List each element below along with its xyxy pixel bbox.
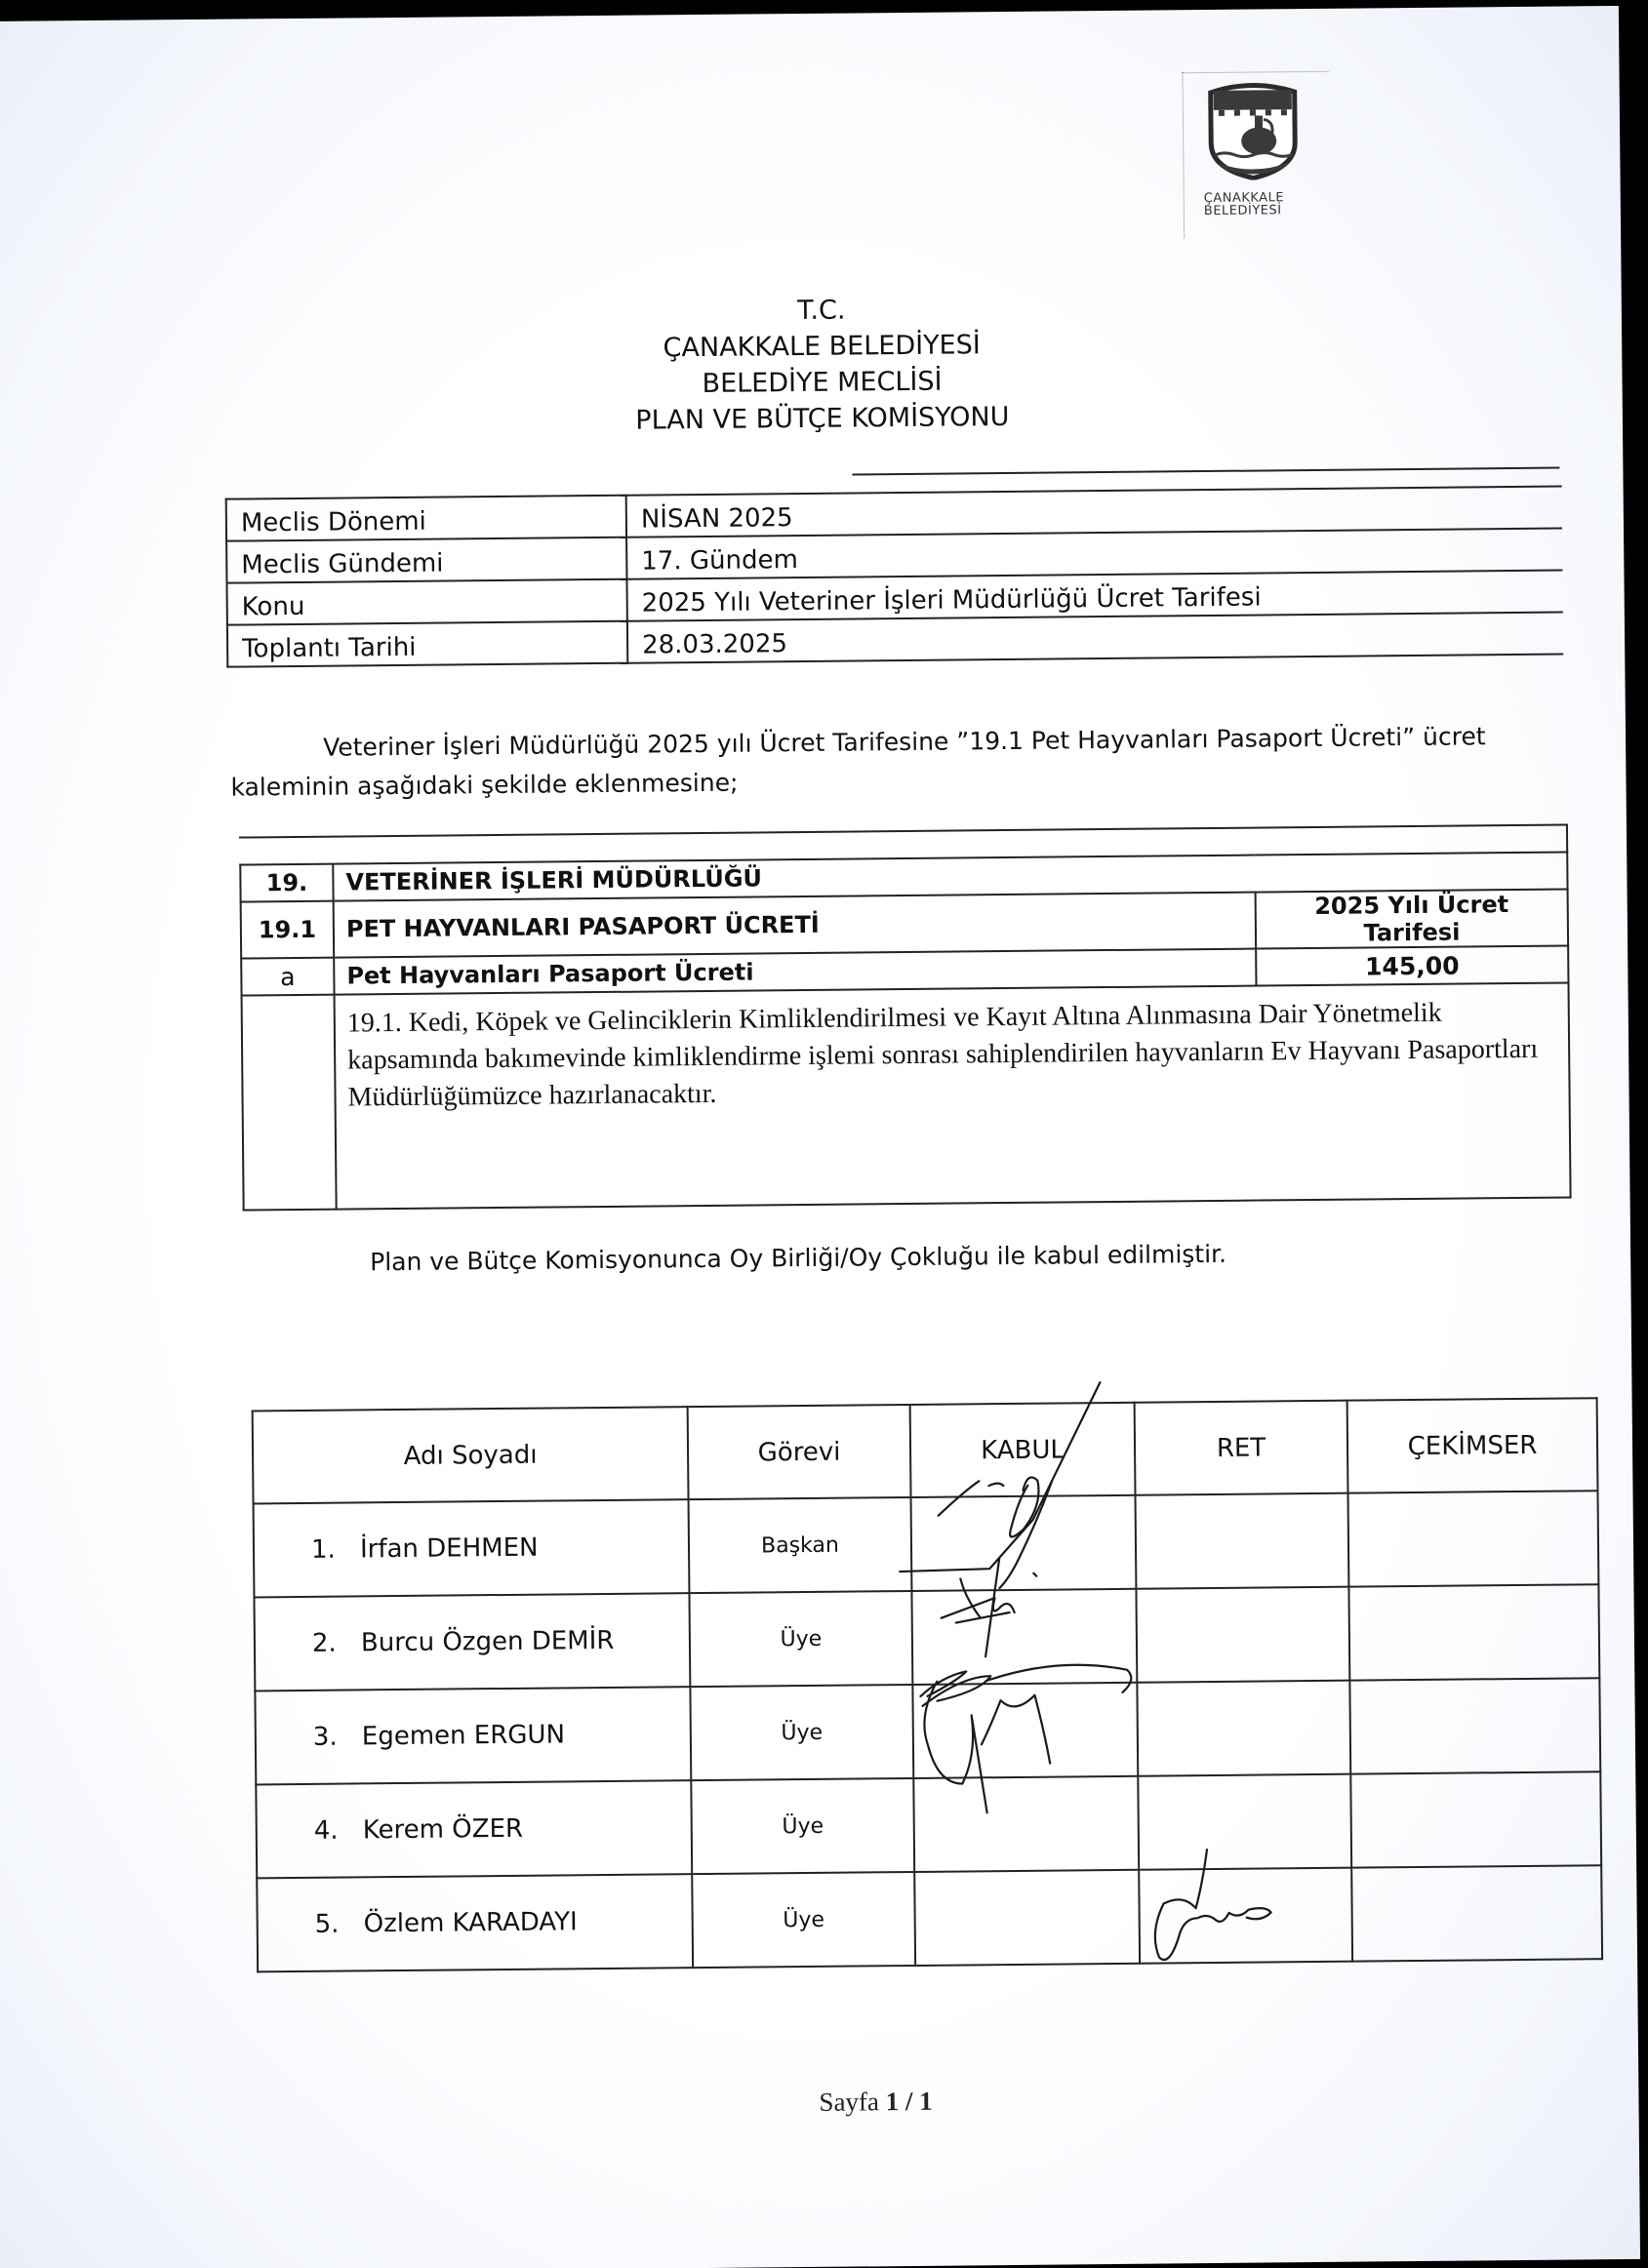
member-name-text: Egemen ERGUN [362,1720,565,1751]
header-reject: RET [1135,1401,1348,1495]
label-subject: Konu [226,579,626,625]
reject-cell [1139,1868,1352,1964]
reject-cell [1136,1493,1349,1589]
member-name: 5.Özlem KARADAYI [257,1874,693,1971]
accept-cell [912,1683,1138,1778]
header-name: Adı Soyadı [253,1407,689,1503]
header-line-municipality: ÇANAKKALE BELEDİYESİ [578,326,1065,367]
header-line-commission: PLAN VE BÜTÇE KOMİSYONU [579,398,1066,439]
member-role: Üye [692,1872,915,1968]
municipality-logo: ÇANAKKALE BELEDİYESİ [1183,71,1331,238]
page-number: Sayfa 1 / 1 [819,2086,1014,2118]
member-role: Üye [689,1591,912,1687]
header-abstain: ÇEKİMSER [1347,1398,1598,1492]
member-role: Üye [691,1778,914,1874]
member-index: 4. [314,1815,363,1845]
reject-cell [1138,1774,1351,1870]
logo-line-2: BELEDİYESİ [1204,204,1311,218]
member-role: Üye [690,1685,913,1780]
page-count: 1 / 1 [886,2087,933,2116]
header-line-council: BELEDİYE MECLİSİ [578,362,1065,403]
member-name-text: İrfan DEHMEN [360,1533,539,1565]
meeting-info-table: Meclis Dönemi NİSAN 2025 Meclis Gündemi … [225,486,1564,668]
tariff-code: 19.1 [241,901,335,959]
header-line-tc: T.C. [578,290,1065,331]
abstain-cell [1347,1491,1598,1586]
member-name: 3.Egemen ERGUN [255,1687,691,1784]
tariff-code: 19. [240,864,333,902]
logo-caption: ÇANAKKALE BELEDİYESİ [1204,191,1311,218]
canakkale-municipality-crest-icon [1205,82,1302,180]
abstain-cell [1350,1771,1601,1867]
member-name-text: Kerem ÖZER [363,1814,524,1846]
member-name: 2.Burcu Özgen DEMİR [254,1593,690,1691]
member-index: 1. [311,1534,360,1564]
table-row: 19.1. Kedi, Köpek ve Gelinciklerin Kimli… [242,982,1571,1210]
abstain-cell [1349,1678,1600,1773]
empty-cell [242,995,337,1211]
scanned-page: ÇANAKKALE BELEDİYESİ T.C. ÇANAKKALE BELE… [0,6,1640,2268]
tariff-code: a [241,958,334,996]
divider [852,467,1559,476]
table-header-row: Adı Soyadı Görevi KABUL RET ÇEKİMSER [253,1398,1598,1503]
accept-cell [914,1870,1140,1966]
vote-table: Adı Soyadı Görevi KABUL RET ÇEKİMSER 1.İ… [252,1397,1603,1972]
header-role: Görevi [688,1405,911,1499]
table-row: 4.Kerem ÖZER Üye [256,1771,1601,1878]
table-row: 1.İrfan DEHMEN Başkan [254,1491,1599,1597]
reject-cell [1136,1587,1349,1683]
abstain-cell [1351,1865,1602,1961]
accept-cell [911,1495,1137,1591]
table-row: 5.Özlem KARADAYI Üye [257,1865,1602,1971]
table-row: 2.Burcu Özgen DEMİR Üye [254,1584,1599,1691]
document-header: T.C. ÇANAKKALE BELEDİYESİ BELEDİYE MECLİ… [578,290,1066,439]
header-accept: KABUL [910,1403,1136,1497]
table-row: 3.Egemen ERGUN Üye [255,1678,1600,1784]
member-index: 2. [312,1628,361,1657]
member-index: 5. [315,1909,364,1938]
member-name-text: Özlem KARADAYI [364,1907,578,1938]
reject-cell [1137,1681,1350,1776]
member-name: 1.İrfan DEHMEN [254,1499,690,1597]
member-role: Başkan [689,1497,912,1593]
label-agenda: Meclis Gündemi [226,537,626,583]
page-label: Sayfa [819,2087,879,2117]
price-column-header: 2025 Yılı Ücret Tarifesi [1256,889,1569,948]
value-meeting-date: 28.03.2025 [627,613,1563,663]
intro-paragraph: Veteriner İşleri Müdürlüğü 2025 yılı Ücr… [230,717,1519,808]
abstain-cell [1348,1584,1599,1680]
label-session-period: Meclis Dönemi [226,496,626,541]
label-meeting-date: Toplantı Tarihi [227,621,627,667]
tariff-item-title: PET HAYVANLARI PASAPORT ÜCRETİ [334,893,1257,958]
tariff-note: 19.1. Kedi, Köpek ve Gelinciklerin Kimli… [335,982,1571,1209]
tariff-price: 145,00 [1256,945,1568,985]
member-name-text: Burcu Özgen DEMİR [361,1626,615,1657]
decision-text: Plan ve Bütçe Komisyonunca Oy Birliği/Oy… [370,1239,1346,1277]
member-index: 3. [313,1722,362,1751]
member-name: 4.Kerem ÖZER [256,1780,692,1878]
accept-cell [911,1589,1137,1685]
tariff-table: 19. VETERİNER İŞLERİ MÜDÜRLÜĞÜ 19.1 PET … [239,851,1571,1211]
accept-cell [913,1776,1139,1872]
